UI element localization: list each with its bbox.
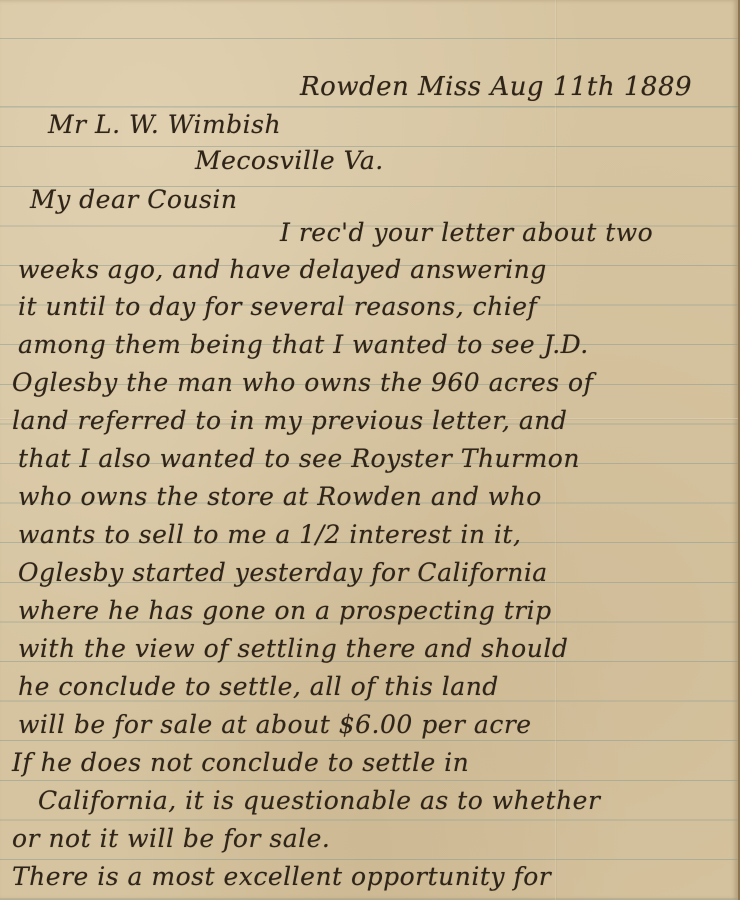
body-line: California, it is questionable as to whe… [38,786,600,815]
body-line: who owns the store at Rowden and who [18,482,542,511]
body-line: that I also wanted to see Royster Thurmo… [18,444,580,473]
body-line: I rec'd your letter about two [280,218,653,247]
body-line: where he has gone on a prospecting trip [18,596,552,625]
recipient-name: Mr L. W. Wimbish [48,110,281,139]
dateline: Rowden Miss Aug 11th 1889 [300,72,692,102]
body-line: land referred to in my previous letter, … [12,406,567,435]
body-line: weeks ago, and have delayed answering [18,255,547,284]
body-line: with the view of settling there and shou… [18,634,568,663]
body-line: Oglesby started yesterday for California [18,558,548,587]
body-line: wants to sell to me a 1/2 interest in it… [18,520,521,549]
body-line: he conclude to settle, all of this land [18,672,499,701]
salutation: My dear Cousin [30,185,237,214]
body-line: it until to day for several reasons, chi… [18,292,537,321]
body-line: or not it will be for sale. [12,824,330,853]
body-line: will be for sale at about $6.00 per acre [18,710,532,739]
recipient-place: Mecosville Va. [195,146,384,175]
body-line: If he does not conclude to settle in [12,748,469,777]
body-line: Oglesby the man who owns the 960 acres o… [12,368,593,397]
letter-page: Rowden Miss Aug 11th 1889 Mr L. W. Wimbi… [0,0,738,900]
body-line: among them being that I wanted to see J.… [18,330,589,359]
body-line: There is a most excellent opportunity fo… [12,862,551,891]
